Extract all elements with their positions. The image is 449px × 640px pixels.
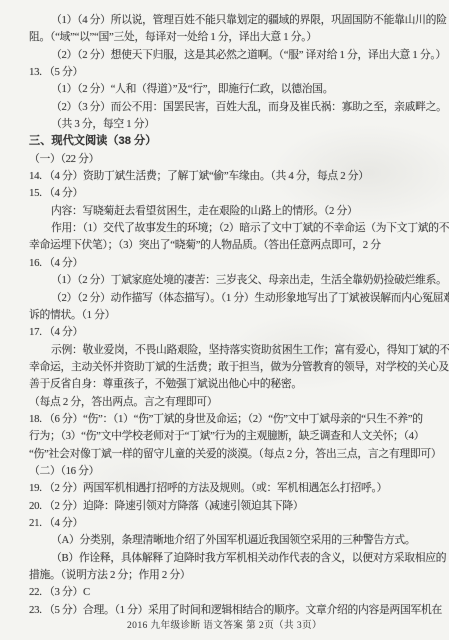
text-line: 内容：写晓菊赶去看望贫困生，走在艰险的山路上的情形。（2 分） <box>29 203 441 220</box>
text-line: （1）（2 分）“人和（得道）”及“行”，即施行仁政，以德治国。 <box>29 81 441 98</box>
answer-lines: （1）（4 分）所以说，管理百姓不能只靠划定的疆域的界限，巩固国防不能靠山川的险… <box>0 0 449 619</box>
text-line: 21. （4 分） <box>29 515 441 532</box>
text-line: （1）（2 分）丁斌家庭处境的凄苦：三岁丧父、母亲出走，生活全靠奶奶捡破烂维系。 <box>29 272 441 289</box>
section-heading: 三、现代文阅读（38 分） <box>29 133 441 150</box>
text-line: （1）（4 分）所以说，管理百姓不能只靠划定的疆域的界限，巩固国防不能靠山川的险 <box>29 12 441 29</box>
text-line: （2）（2 分）想使天下归服，这是其必然之道啊。（“服” 译对给 1 分，译出大… <box>29 47 441 64</box>
text-line: （2）（2 分）动作描写（体态描写）。（1 分）生动形象地写出了丁斌被误解而内心… <box>29 290 441 307</box>
text-line: 13. （5 分） <box>29 64 441 81</box>
page-footer: 2016 九年级诊断 语文答案 第 2页（共 3页） <box>0 617 449 631</box>
text-line: （每点 2 分，答出两点。言之有理即可） <box>29 394 441 411</box>
text-line: “伤”社会对像丁斌一样的留守儿童的关爱的淡漠。（每点 2 分，答出三点，言之有理… <box>29 446 441 463</box>
text-line: （2）（3 分）而公不用：国罢民害，百姓大乱，而身及崔氏祸：寡助之至，亲戚畔之。 <box>29 99 441 116</box>
text-line: （一）（22 分） <box>29 151 441 168</box>
text-line: （B）作诠释，具体解释了迫降时我方军机相关动作代表的含义，以便对方采取相应的 <box>29 550 441 567</box>
text-line: 19. （2 分）两国军机相遇打招呼的方法及规则。（或：军机相遇怎么打招呼。） <box>29 480 441 497</box>
text-line: 17. （4 分） <box>29 324 441 341</box>
text-line: 行为；（3）“伤”文中学校老师对于“丁斌”行为的主观臆断，缺乏调查和人文关怀；（… <box>29 428 441 445</box>
text-line: 14. （4 分）资助丁斌生活费；了解丁斌“偷”车缘由。（共 4 分，每点 2 … <box>29 168 441 185</box>
text-line: 诉的情状。（1 分） <box>29 307 441 324</box>
text-line: （A）分类别，条理清晰地介绍了外国军机逼近我国领空采用的三种警告方式。 <box>29 532 441 549</box>
text-line: 18. （6 分）“伤”：（1）“伤”丁斌的身世及命运；（2）“伤”文中丁斌母亲… <box>29 411 441 428</box>
text-line: 幸命运，主动关怀并资助丁斌的生活费；敢于担当，做为分管教育的领导，对学校的关心及 <box>29 359 441 376</box>
text-line: 作用：（1）交代了故事发生的环境；（2）暗示了文中丁斌的不幸命运（为下文丁斌的不 <box>29 220 441 237</box>
text-line: （共 3 分，每空 1 分） <box>29 116 441 133</box>
text-line: 16. （4 分） <box>29 255 441 272</box>
text-line: 幸命运埋下伏笔）；（3）突出了“晓菊”的人物品质。（答出任意两点即可，2 分 <box>29 237 441 254</box>
text-line: 22. （3 分）C <box>29 584 441 601</box>
text-line: （二）（16 分） <box>29 463 441 480</box>
text-line: 善于反省自身：尊重孩子，不勉强丁斌说出他心中的秘密。 <box>29 376 441 393</box>
text-line: 15. （4 分） <box>29 185 441 202</box>
text-line: 措施。（说明方法 2 分；作用 2 分） <box>29 567 441 584</box>
text-line: 20. （2 分）迫降：降速引领对方降落（减速引领迫其下降） <box>29 498 441 515</box>
text-line: 示例：敬业爱岗，不畏山路艰险，坚持落实资助贫困生工作；富有爱心，得知丁斌的不 <box>29 342 441 359</box>
scanned-answer-page: （1）（4 分）所以说，管理百姓不能只靠划定的疆域的界限，巩固国防不能靠山川的险… <box>0 0 449 640</box>
text-line: 阻。（“域”“以”“国”三处，每译对一处给 1 分，译出大意 1 分。） <box>29 29 441 46</box>
